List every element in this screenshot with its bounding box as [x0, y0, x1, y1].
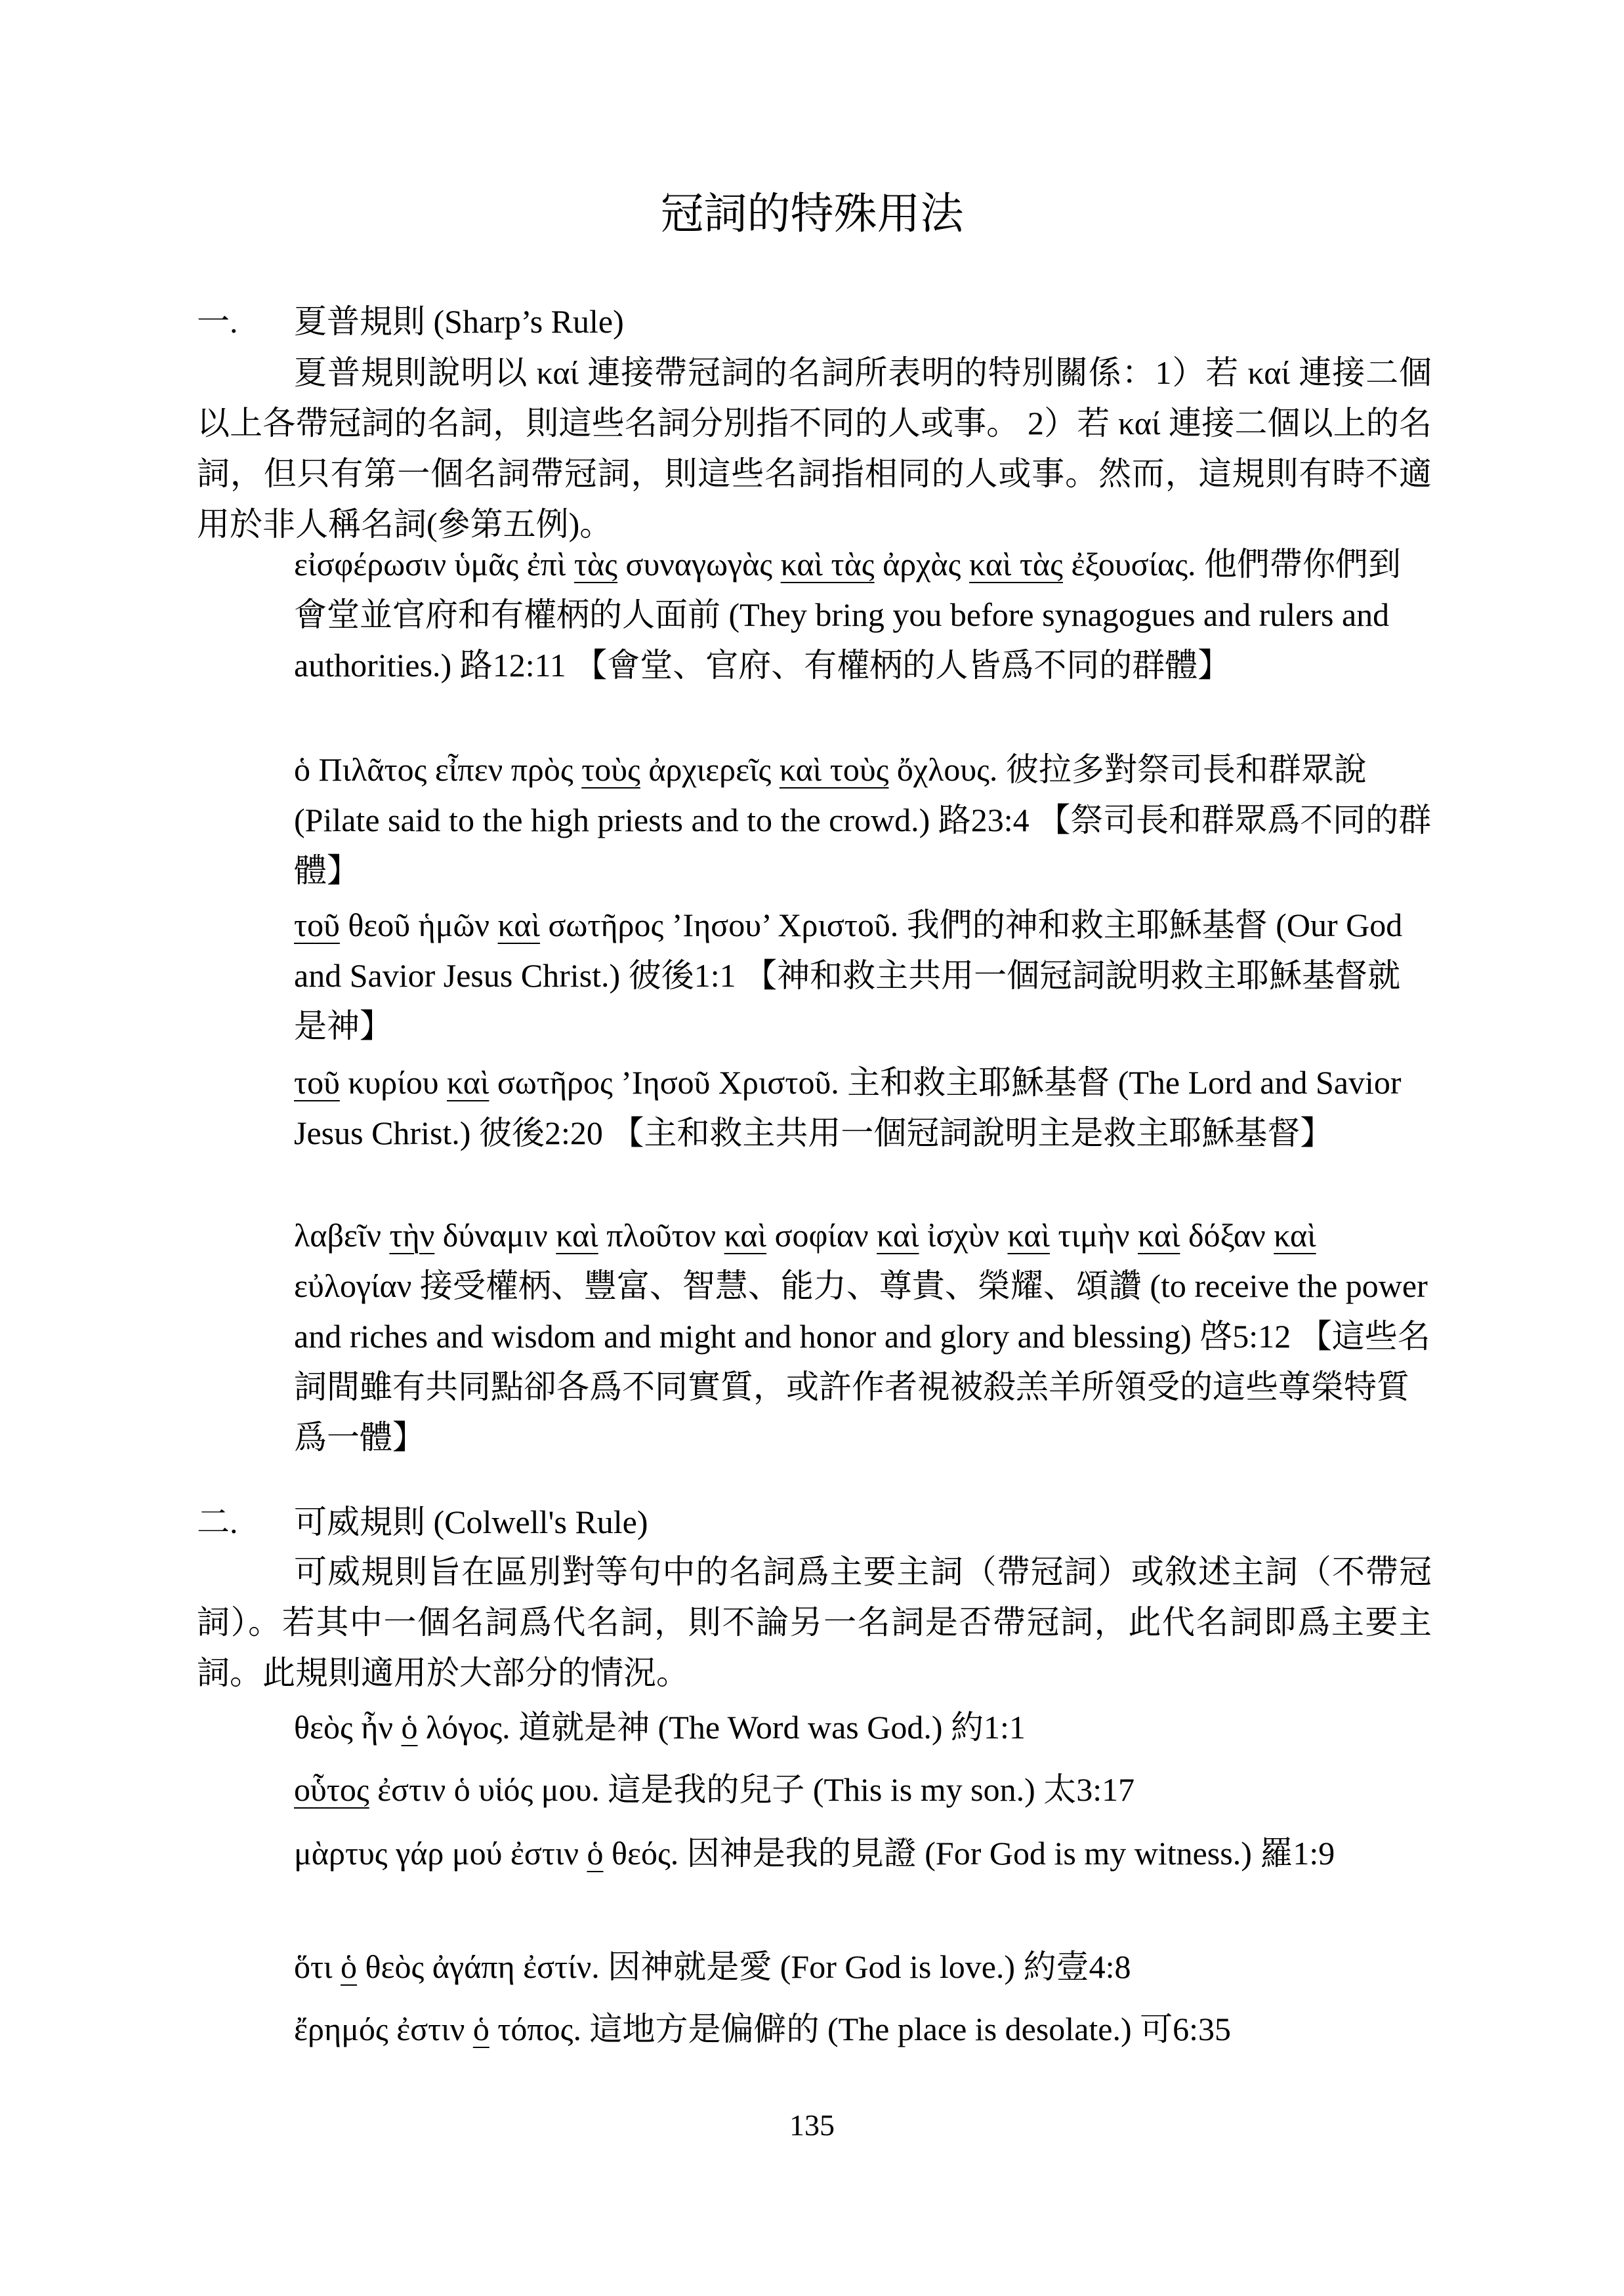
greek-text: θεὸς ἦν ὁ λόγος. — [294, 1709, 518, 1746]
greek-word: πλοῦτον — [598, 1217, 724, 1254]
underlined-greek-word: τὰς — [574, 546, 617, 583]
underlined-greek-word: καὶ — [724, 1217, 766, 1254]
greek-word: ὁ Πιλᾶτος εἶπεν πρὸς — [294, 751, 581, 788]
example-item: ὅτι ὁ θεὸς ἀγάπη ἐστίν. 因神就是愛 (For God i… — [294, 1942, 1432, 1992]
example-item: ἔρημός ἐστιν ὁ τόπος. 這地方是偏僻的 (The place… — [294, 2004, 1432, 2055]
underlined-greek-word: ὁ — [587, 1835, 604, 1872]
underlined-greek-word: καὶ — [556, 1217, 598, 1254]
underlined-greek-word: τοὺς — [581, 751, 640, 788]
underlined-greek-word: ὁ — [473, 2011, 489, 2047]
greek-word: σοφίαν — [766, 1217, 877, 1254]
greek-word: ἔρημός ἐστιν — [294, 2011, 473, 2047]
greek-word: θεοῦ ἡμῶν — [340, 907, 498, 943]
greek-word: λαβεῖν — [294, 1217, 389, 1254]
section-heading-colwells-rule: 二.可威規則 (Colwell's Rule) — [197, 1499, 648, 1545]
translation-text: 接受權柄、豐富、智慧、能力、尊貴、榮耀、頌讚 (to receive the p… — [294, 1267, 1430, 1456]
underlined-greek-word: τοῦ — [294, 1064, 340, 1101]
greek-word: ἐστιν ὁ υἱός μου. — [369, 1771, 600, 1808]
translation-text: 因神就是愛 (For God is love.) 約壹4:8 — [608, 1948, 1131, 1985]
greek-text: μὰρτυς γάρ μού ἐστιν ὁ θεός. — [294, 1835, 687, 1872]
greek-word: ἰσχὺν — [919, 1217, 1008, 1254]
greek-word: τόπος. — [489, 2011, 581, 2047]
section-title: 夏普規則 (Sharp’s Rule) — [294, 303, 624, 340]
underlined-greek-word: τὴν — [389, 1217, 434, 1254]
greek-text: εἰσφέρωσιν ὑμᾶς ἐπὶ τὰς συναγωγὰς καὶ τὰ… — [294, 546, 1204, 583]
translation-text: 這是我的兒子 (This is my son.) 太3:17 — [608, 1771, 1135, 1808]
underlined-greek-word: καὶ τὰς — [969, 546, 1063, 583]
underlined-greek-word: καὶ — [498, 907, 540, 943]
example-item: λαβεῖν τὴν δύναμιν καὶ πλοῦτον καὶ σοφία… — [294, 1210, 1432, 1463]
greek-text: τοῦ κυρίου καὶ σωτῆρος ’Ιησοῦ Χριστοῦ. — [294, 1064, 847, 1101]
document-page: 冠詞的特殊用法 一.夏普規則 (Sharp’s Rule) 夏普規則說明以 κα… — [0, 0, 1624, 2296]
example-item: οὗτος ἐστιν ὁ υἱός μου. 這是我的兒子 (This is … — [294, 1765, 1432, 1815]
example-item: τοῦ κυρίου καὶ σωτῆρος ’Ιησοῦ Χριστοῦ. 主… — [294, 1057, 1432, 1158]
page-title: 冠詞的特殊用法 — [0, 185, 1624, 244]
greek-word: κυρίου — [340, 1064, 447, 1101]
underlined-greek-word: καὶ — [447, 1064, 489, 1101]
translation-text: 因神是我的見證 (For God is my witness.) 羅1:9 — [687, 1835, 1335, 1872]
example-item: ὁ Πιλᾶτος εἶπεν πρὸς τοὺς ἀρχιερεῖς καὶ … — [294, 745, 1432, 896]
greek-word: ὄχλους. — [888, 751, 997, 788]
example-item: μὰρτυς γάρ μού ἐστιν ὁ θεός. 因神是我的見證 (Fo… — [294, 1828, 1432, 1879]
page-number: 135 — [0, 2106, 1624, 2145]
greek-text: ὅτι ὁ θεὸς ἀγάπη ἐστίν. — [294, 1948, 608, 1985]
example-item: τοῦ θεοῦ ἡμῶν καὶ σωτῆρος ’Ιησου’ Χριστο… — [294, 900, 1432, 1052]
greek-word: ἀρχιερεῖς — [640, 751, 780, 788]
greek-text: τοῦ θεοῦ ἡμῶν καὶ σωτῆρος ’Ιησου’ Χριστο… — [294, 907, 907, 943]
greek-word: δόξαν — [1180, 1217, 1274, 1254]
greek-word: ὅτι — [294, 1948, 341, 1985]
greek-word: θεός. — [604, 1835, 679, 1872]
underlined-greek-word: καὶ τὰς — [781, 546, 875, 583]
greek-word: θεὸς ἦν — [294, 1709, 402, 1746]
underlined-greek-word: ὁ — [402, 1709, 418, 1746]
example-item: θεὸς ἦν ὁ λόγος. 道就是神 (The Word was God.… — [294, 1702, 1432, 1753]
greek-text: ἔρημός ἐστιν ὁ τόπος. — [294, 2011, 589, 2047]
greek-text: οὗτος ἐστιν ὁ υἱός μου. — [294, 1771, 608, 1808]
greek-word: ἀρχὰς — [875, 546, 969, 583]
greek-word: θεὸς ἀγάπη ἐστίν. — [357, 1948, 600, 1985]
underlined-greek-word: καὶ — [877, 1217, 919, 1254]
section-intro-paragraph: 可威規則旨在區別對等句中的名詞爲主要主詞（帶冠詞）或敘述主詞（不帶冠詞）。若其中… — [197, 1547, 1432, 1698]
underlined-greek-word: τοῦ — [294, 907, 340, 943]
greek-word: δύναμιν — [434, 1217, 556, 1254]
underlined-greek-word: καὶ — [1008, 1217, 1050, 1254]
example-item: εἰσφέρωσιν ὑμᾶς ἐπὶ τὰς συναγωγὰς καὶ τὰ… — [294, 539, 1432, 691]
translation-text: 這地方是偏僻的 (The place is desolate.) 可6:35 — [589, 2011, 1231, 2047]
greek-word: εἰσφέρωσιν ὑμᾶς ἐπὶ — [294, 546, 574, 583]
section-title: 可威規則 (Colwell's Rule) — [294, 1504, 648, 1540]
underlined-greek-word: καὶ — [1274, 1217, 1316, 1254]
greek-word: λόγος. — [418, 1709, 510, 1746]
section-intro-paragraph: 夏普規則說明以 καί 連接帶冠詞的名詞所表明的特別關係：1）若 καί 連接二… — [197, 348, 1432, 550]
greek-word: σωτῆρος ’Ιησου’ Χριστοῦ. — [540, 907, 898, 943]
section-heading-sharps-rule: 一.夏普規則 (Sharp’s Rule) — [197, 298, 624, 344]
underlined-greek-word: καὶ τοὺς — [780, 751, 889, 788]
greek-word: σωτῆρος ’Ιησοῦ Χριστοῦ. — [489, 1064, 839, 1101]
greek-text: ὁ Πιλᾶτος εἶπεν πρὸς τοὺς ἀρχιερεῖς καὶ … — [294, 751, 1006, 788]
section-number: 二. — [197, 1499, 294, 1545]
greek-word: τιμὴν — [1050, 1217, 1138, 1254]
greek-word: συναγωγὰς — [617, 546, 781, 583]
underlined-greek-word: ὁ — [341, 1948, 357, 1985]
section-number: 一. — [197, 298, 294, 344]
greek-word: μὰρτυς γάρ μού ἐστιν — [294, 1835, 587, 1872]
underlined-greek-word: οὗτος — [294, 1771, 369, 1808]
translation-text: 道就是神 (The Word was God.) 約1:1 — [518, 1709, 1026, 1746]
greek-word: ἐξουσίας. — [1063, 546, 1196, 583]
underlined-greek-word: καὶ — [1138, 1217, 1180, 1254]
greek-word: εὐλογίαν — [294, 1267, 411, 1304]
